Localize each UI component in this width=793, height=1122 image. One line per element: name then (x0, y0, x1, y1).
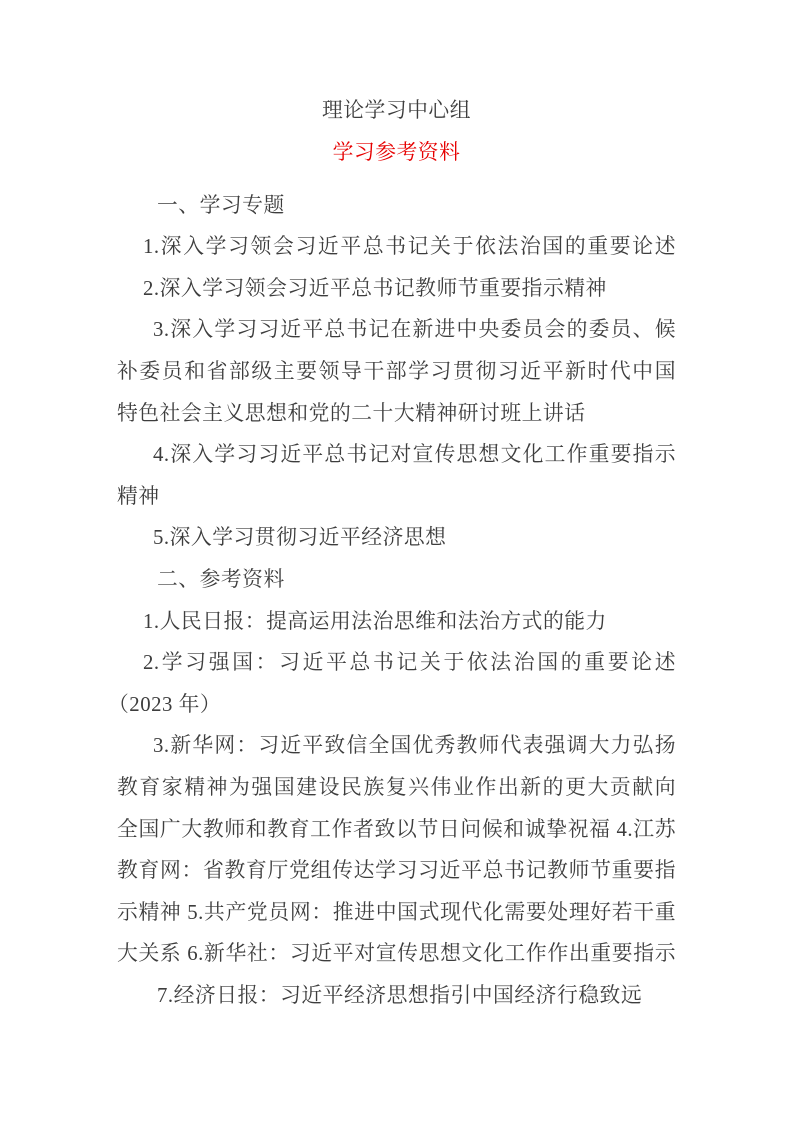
document-content: 理论学习中心组 学习参考资料 一、学习专题 1.深入学习领会习近平总书记关于依法… (117, 90, 676, 1017)
s2-item-2-line-2: （2023 年） (108, 684, 676, 726)
s1-item-3-line-1: 3.深入学习习近平总书记在新进中央委员会的委员、候 (117, 309, 676, 351)
s2-items-3-6-line-5: 示精神 5.共产党员网：推进中国式现代化需要处理好若干重 (117, 892, 676, 934)
s1-item-1: 1.深入学习领会习近平总书记关于依法治国的重要论述 (117, 226, 676, 268)
section-1-heading: 一、学习专题 (117, 185, 676, 227)
s1-item-2: 2.深入学习领会习近平总书记教师节重要指示精神 (117, 268, 676, 310)
s2-item-1: 1.人民日报：提高运用法治思维和法治方式的能力 (117, 601, 676, 643)
s1-item-4-line-1: 4.深入学习习近平总书记对宣传思想文化工作重要指示 (117, 434, 676, 476)
s1-item-4-line-2: 精神 (117, 476, 676, 518)
s2-item-2-line-1: 2.学习强国：习近平总书记关于依法治国的重要论述 (117, 642, 676, 684)
s2-item-7: 7.经济日报：习近平经济思想指引中国经济行稳致远 (117, 975, 676, 1017)
s1-item-5: 5.深入学习贯彻习近平经济思想 (117, 517, 676, 559)
s2-items-3-6-line-2: 教育家精神为强国建设民族复兴伟业作出新的更大贡献向 (117, 767, 676, 809)
s2-items-3-6-line-3: 全国广大教师和教育工作者致以节日问候和诚挚祝福 4.江苏 (117, 809, 676, 851)
section-2-heading: 二、参考资料 (117, 559, 676, 601)
doc-title: 理论学习中心组 (117, 90, 676, 132)
s1-item-3-line-3: 特色社会主义思想和党的二十大精神研讨班上讲话 (117, 393, 676, 435)
doc-subtitle: 学习参考资料 (117, 132, 676, 174)
s2-items-3-6-line-4: 教育网：省教育厅党组传达学习习近平总书记教师节重要指 (117, 850, 676, 892)
s2-items-3-6-line-6: 大关系 6.新华社：习近平对宣传思想文化工作作出重要指示 (117, 933, 676, 975)
s1-item-3-line-2: 补委员和省部级主要领导干部学习贯彻习近平新时代中国 (117, 351, 676, 393)
document-page: 理论学习中心组 学习参考资料 一、学习专题 1.深入学习领会习近平总书记关于依法… (0, 0, 793, 1122)
s2-items-3-6-line-1: 3.新华网：习近平致信全国优秀教师代表强调大力弘扬 (117, 725, 676, 767)
